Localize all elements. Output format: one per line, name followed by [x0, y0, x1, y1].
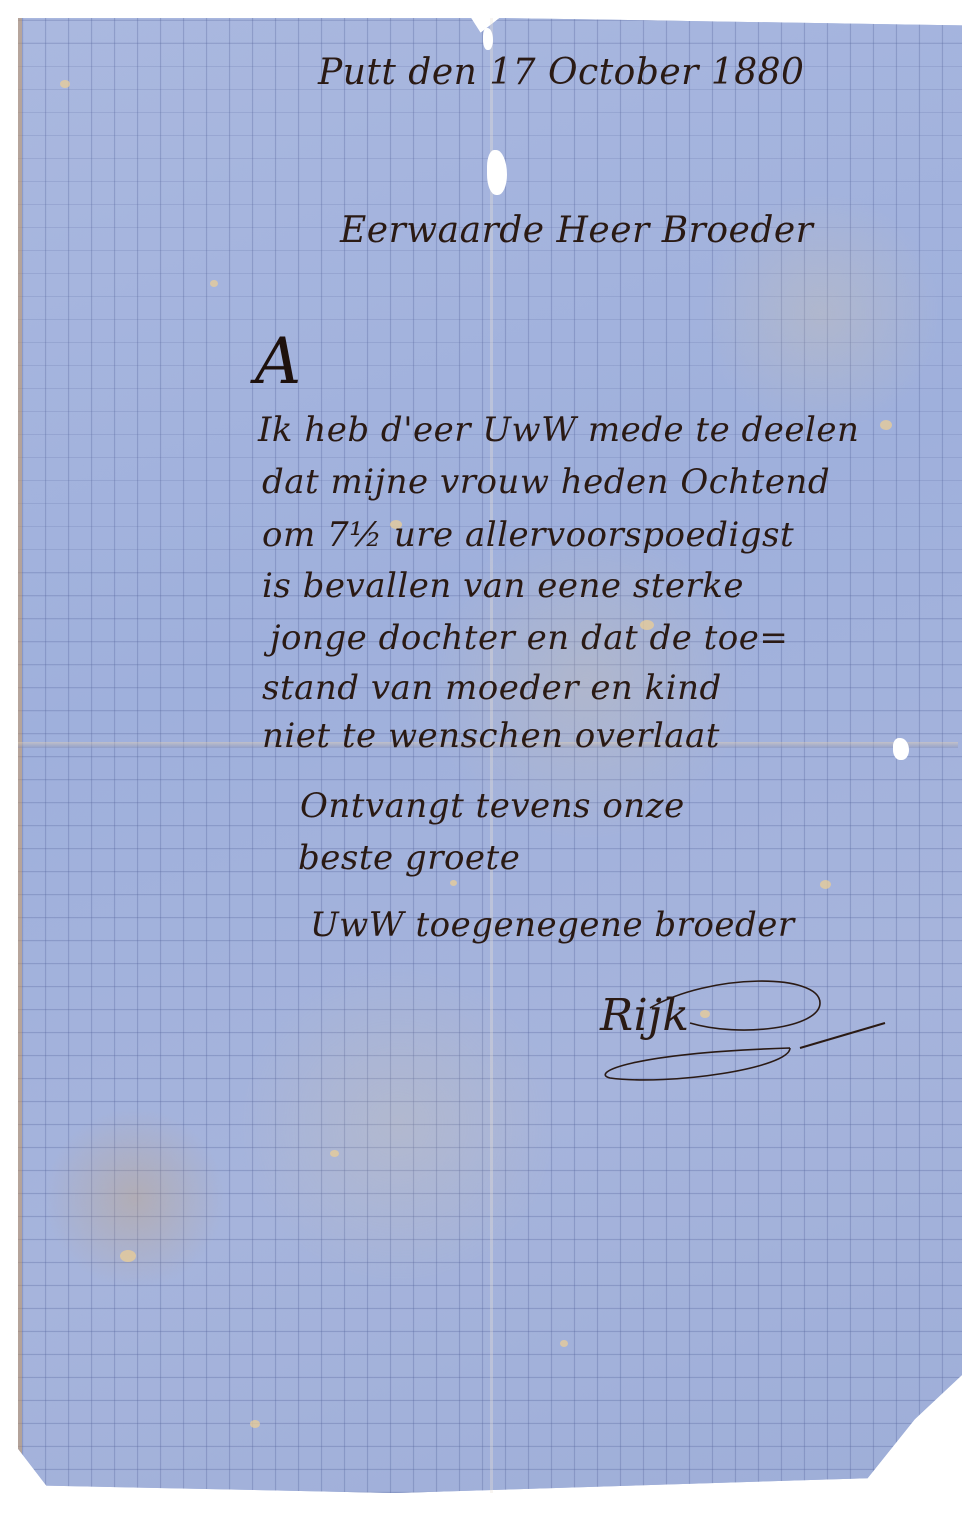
valediction: UwW toegenegene broeder — [310, 905, 795, 945]
body-line: dat mijne vrouw heden Ochtend — [262, 462, 830, 502]
body-line: is bevallen van eene sterke — [262, 566, 744, 606]
body-line: Ik heb d'eer UwW mede te deelen — [258, 410, 859, 450]
signature: Rijk — [600, 990, 690, 1041]
body-line: jonge dochter en dat de toe= — [270, 618, 788, 658]
salutation: Eerwaarde Heer Broeder — [340, 210, 813, 251]
closing-line: Ontvangt tevens onze — [300, 786, 685, 826]
paper-tear-hole — [487, 150, 507, 195]
body-line: stand van moeder en kind — [262, 668, 722, 708]
paper-tear-top — [483, 28, 493, 50]
initial-mark: A — [255, 325, 302, 399]
body-line: niet te wenschen overlaat — [262, 716, 720, 756]
body-line: om 7½ ure allervoorspoedigst — [262, 515, 794, 555]
closing-line: beste groete — [298, 838, 520, 878]
date-line: Putt den 17 October 1880 — [318, 52, 804, 93]
paper-tear-fold — [893, 738, 909, 760]
